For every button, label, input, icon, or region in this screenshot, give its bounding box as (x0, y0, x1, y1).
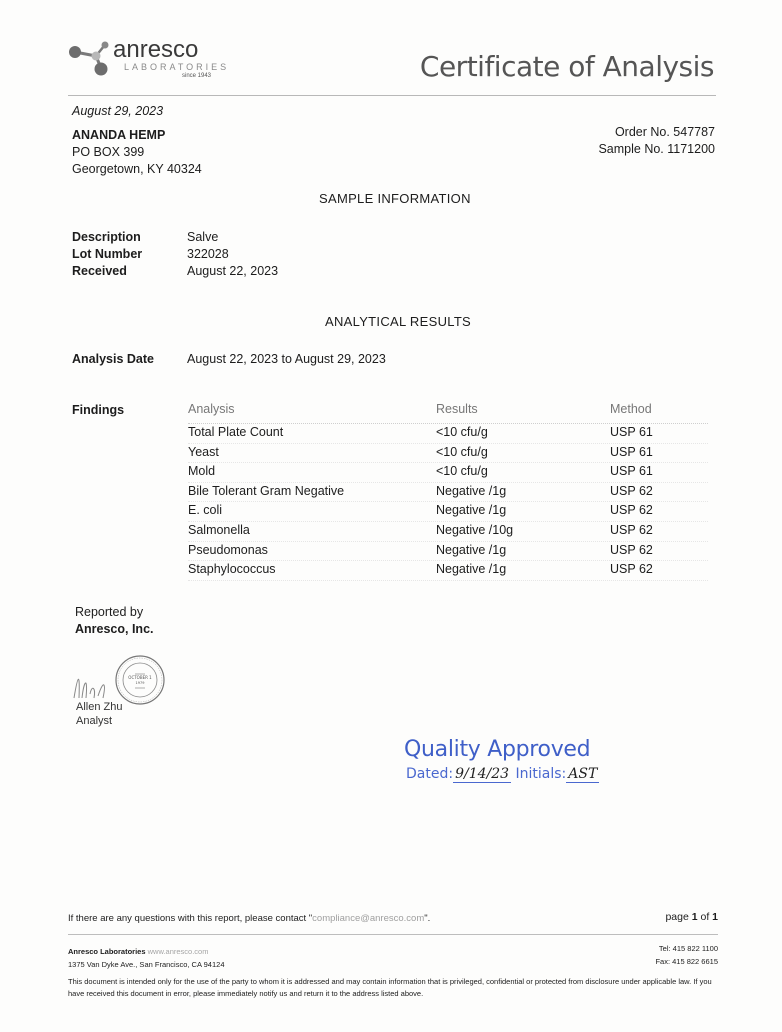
order-number: Order No. 547787 (598, 124, 715, 141)
stamp-dated-label: Dated: (406, 766, 453, 782)
contact-suffix: ". (424, 913, 430, 924)
method-cell: USP 62 (610, 523, 653, 537)
field-label: Description (72, 229, 141, 246)
page-of: of (698, 911, 713, 923)
lab-fax: Fax: 415 822 6615 (655, 955, 718, 968)
field-value: August 22, 2023 (187, 263, 278, 280)
quality-approved-stamp: Quality Approved (404, 737, 590, 762)
method-cell: USP 62 (610, 484, 653, 498)
analyst-title: Analyst (76, 714, 122, 728)
client-address: ANANDA HEMP PO BOX 399 Georgetown, KY 40… (72, 127, 202, 178)
contact-line: If there are any questions with this rep… (68, 913, 430, 924)
client-address-line2: Georgetown, KY 40324 (72, 161, 202, 178)
logo-wordmark: anresco (113, 38, 198, 62)
analyst-name: Allen Zhu (76, 700, 122, 714)
result-cell: <10 cfu/g (436, 464, 488, 478)
stamp-details: Dated:9/14/23 Initials:AST (406, 766, 599, 782)
column-header-method: Method (610, 402, 652, 416)
header-divider (68, 95, 716, 96)
analyst: Allen Zhu Analyst (76, 700, 122, 728)
page-total: 1 (712, 911, 718, 923)
svg-text:OCTOBER 1: OCTOBER 1 (128, 675, 152, 680)
order-info: Order No. 547787 Sample No. 1171200 (598, 124, 715, 158)
page-indicator: page 1 of 1 (665, 911, 718, 923)
footer-divider (68, 934, 718, 935)
table-row: Total Plate Count <10 cfu/g USP 61 (188, 424, 708, 444)
table-row: Yeast <10 cfu/g USP 61 (188, 444, 708, 464)
report-date: August 29, 2023 (72, 104, 163, 118)
result-cell: Negative /10g (436, 523, 513, 537)
reported-by: Reported by Anresco, Inc. (75, 604, 154, 638)
analysis-cell: Staphylococcus (188, 562, 276, 576)
lab-tel: Tel: 415 822 1100 (655, 942, 718, 955)
molecule-logo-icon (68, 40, 113, 80)
table-row: Staphylococcus Negative /1g USP 62 (188, 561, 708, 581)
analysis-cell: Pseudomonas (188, 543, 268, 557)
field-label: Received (72, 263, 127, 280)
contact-prefix: If there are any questions with this rep… (68, 913, 312, 924)
table-row: Salmonella Negative /10g USP 62 (188, 522, 708, 542)
field-value: 322028 (187, 246, 229, 263)
table-row: Pseudomonas Negative /1g USP 62 (188, 542, 708, 562)
analysis-date-value: August 22, 2023 to August 29, 2023 (187, 351, 386, 368)
method-cell: USP 61 (610, 464, 653, 478)
lab-name: Anresco Laboratories (68, 947, 146, 956)
page-title: Certificate of Analysis (420, 50, 714, 83)
method-cell: USP 62 (610, 543, 653, 557)
lab-phone: Tel: 415 822 1100 Fax: 415 822 6615 (655, 942, 718, 968)
sample-number: Sample No. 1171200 (598, 141, 715, 158)
result-cell: Negative /1g (436, 503, 506, 517)
findings-label: Findings (72, 402, 124, 419)
reported-by-label: Reported by (75, 604, 154, 621)
analysis-cell: Total Plate Count (188, 425, 283, 439)
column-header-results: Results (436, 402, 478, 416)
table-row: Bile Tolerant Gram Negative Negative /1g… (188, 483, 708, 503)
reported-by-org: Anresco, Inc. (75, 621, 154, 638)
page-prefix: page (665, 911, 691, 923)
findings-table: Analysis Results Method Total Plate Coun… (188, 401, 708, 581)
client-name: ANANDA HEMP (72, 127, 202, 144)
field-value: Salve (187, 229, 218, 246)
logo-subtitle: LABORATORIES (124, 62, 229, 72)
lab-info: Anresco Laboratories www.anresco.com 137… (68, 945, 225, 971)
result-cell: <10 cfu/g (436, 425, 488, 439)
analysis-date-label: Analysis Date (72, 351, 154, 368)
column-header-analysis: Analysis (188, 402, 235, 416)
svg-text:1979: 1979 (136, 681, 145, 685)
contact-email-link[interactable]: compliance@anresco.com (312, 913, 424, 924)
result-cell: Negative /1g (436, 484, 506, 498)
disclaimer: This document is intended only for the u… (68, 976, 718, 999)
method-cell: USP 62 (610, 503, 653, 517)
table-header: Analysis Results Method (188, 401, 708, 424)
analytical-results-heading: ANALYTICAL RESULTS (325, 314, 471, 329)
method-cell: USP 62 (610, 562, 653, 576)
analysis-cell: Salmonella (188, 523, 250, 537)
stamp-dated-value: 9/14/23 (453, 766, 511, 783)
sample-information-heading: SAMPLE INFORMATION (319, 191, 471, 206)
result-cell: Negative /1g (436, 562, 506, 576)
corporate-seal-icon: OCTOBER 1 1979 (116, 656, 164, 704)
table-row: Mold <10 cfu/g USP 61 (188, 463, 708, 483)
logo-since: since 1943 (182, 73, 211, 79)
analysis-cell: Bile Tolerant Gram Negative (188, 484, 344, 498)
table-row: E. coli Negative /1g USP 62 (188, 502, 708, 522)
stamp-initials-value: AST (566, 766, 599, 783)
analysis-cell: Yeast (188, 445, 219, 459)
analysis-cell: Mold (188, 464, 215, 478)
method-cell: USP 61 (610, 445, 653, 459)
result-cell: <10 cfu/g (436, 445, 488, 459)
result-cell: Negative /1g (436, 543, 506, 557)
lab-address: 1375 Van Dyke Ave., San Francisco, CA 94… (68, 958, 225, 971)
method-cell: USP 61 (610, 425, 653, 439)
field-label: Lot Number (72, 246, 142, 263)
lab-website-link[interactable]: www.anresco.com (148, 947, 209, 956)
analysis-cell: E. coli (188, 503, 222, 517)
client-address-line1: PO BOX 399 (72, 144, 202, 161)
stamp-initials-label: Initials: (516, 766, 567, 782)
